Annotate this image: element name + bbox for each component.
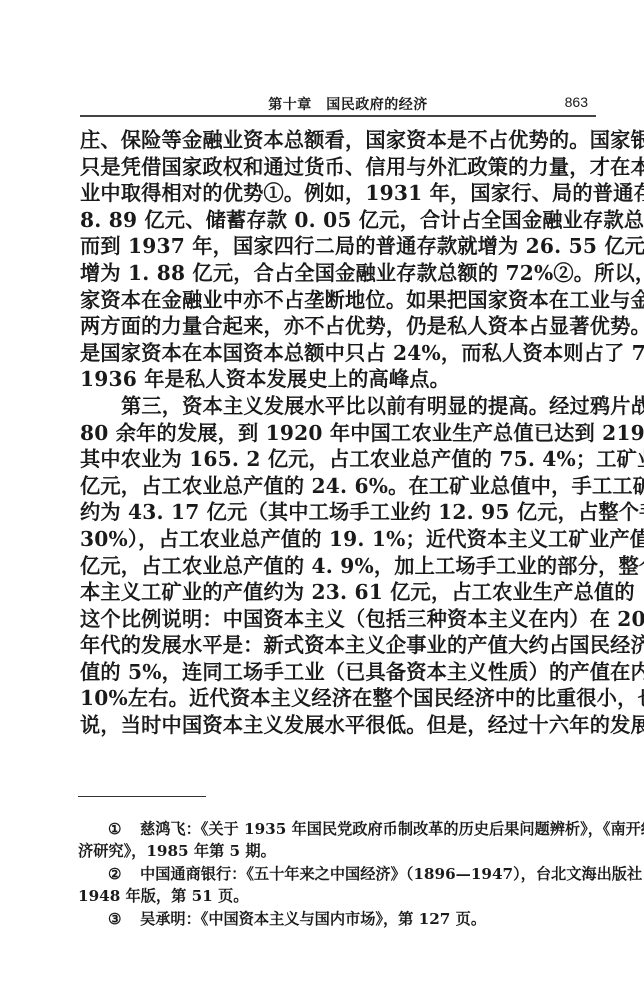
text-line: 两方面的力量合起来，亦不占优势，仍是私人资本占显著优势。其比例	[80, 313, 598, 340]
text-line: 10%左右。近代资本主义经济在整个国民经济中的比重很小，也就是	[80, 685, 598, 712]
text-line: 亿元，占工农业总产值的 4. 9%，加上工场手工业的部分，整个近代资	[80, 553, 598, 580]
running-title: 第十章 国民政府的经济	[80, 94, 596, 114]
text-line: 这个比例说明：中国资本主义（包括三种资本主义在内）在 20 世纪 20	[80, 606, 598, 633]
footnote-text: 中国通商银行：《五十年来之中国经济》（1896—1947），台北文海出版社	[140, 865, 642, 883]
text-line: 庄、保险等金融业资本总额看，国家资本是不占优势的。国家银行资本	[80, 127, 598, 154]
text-line: 是国家资本在本国资本总额中只占 24%，而私人资本则占了 76%。	[80, 340, 598, 367]
page-header: 第十章 国民政府的经济 863	[80, 94, 596, 116]
text-line: 年代的发展水平是：新式资本主义企事业的产值大约占国民经济总产	[80, 632, 598, 659]
text-line: 30%），占工农业总产值的 19. 1%；近代资本主义工矿业产值为 10. 68	[80, 526, 598, 553]
text-line: 只是凭借国家政权和通过货币、信用与外汇政策的力量，才在本国金融	[80, 154, 598, 181]
text-line: 1936 年是私人资本发展史上的高峰点。	[80, 366, 598, 393]
footnote-marker: ③	[108, 908, 140, 930]
paragraph-start-line: 第三，资本主义发展水平比以前有明显的提高。经过鸦片战争后	[80, 393, 598, 420]
text-line: 值的 5%，连同工场手工业（已具备资本主义性质）的产值在内，只有	[80, 659, 598, 686]
header-rule	[80, 115, 596, 117]
footnote-1: ①慈鸿飞：《关于 1935 年国民党政府币制改革的历史后果问题辨析》，《南开经	[78, 818, 598, 840]
text-line: 家资本在金融业中亦不占垄断地位。如果把国家资本在工业与金融业	[80, 287, 598, 314]
footnote-text: 吴承明：《中国资本主义与国内市场》，第 127 页。	[140, 910, 486, 928]
text-line: 80 余年的发展，到 1920 年中国工农业生产总值已达到 219. 03 亿元…	[80, 420, 598, 447]
footnote-marker: ②	[108, 863, 140, 885]
footnote-3: ③吴承明：《中国资本主义与国内市场》，第 127 页。	[78, 908, 598, 930]
footnote-marker: ①	[108, 818, 140, 840]
text-line: 亿元，占工农业总产值的 24. 6%。在工矿业总值中，手工工矿业产值	[80, 473, 598, 500]
text-line: 约为 43. 17 亿元（其中工场手工业约 12. 95 亿元，占整个手工业产值…	[80, 499, 598, 526]
text-line: 8. 89 亿元、储蓄存款 0. 05 亿元，合计占全国金融业存款总额的 42%…	[80, 207, 598, 234]
footnote-2: ②中国通商银行：《五十年来之中国经济》（1896—1947），台北文海出版社	[78, 863, 598, 885]
text-line: 本主义工矿业的产值约为 23. 61 亿元，占工农业生产总值的 10. 8%③。	[80, 579, 598, 606]
text-line: 增为 1. 88 亿元，合占全国金融业存款总额的 72%②。所以，抗战前国	[80, 260, 598, 287]
footnotes: ①慈鸿飞：《关于 1935 年国民党政府币制改革的历史后果问题辨析》，《南开经 …	[78, 818, 598, 930]
body-text: 庄、保险等金融业资本总额看，国家资本是不占优势的。国家银行资本 只是凭借国家政权…	[80, 127, 598, 739]
text-line: 而到 1937 年，国家四行二局的普通存款就增为 26. 55 亿元，储蓄存款	[80, 233, 598, 260]
page-number: 863	[565, 94, 588, 110]
text-line: 说，当时中国资本主义发展水平很低。但是，经过十六年的发展之后，	[80, 712, 598, 739]
footnote-2-continuation: 1948 年版，第 51 页。	[78, 885, 598, 907]
footnote-text: 慈鸿飞：《关于 1935 年国民党政府币制改革的历史后果问题辨析》，《南开经	[140, 820, 644, 838]
text-line: 业中取得相对的优势①。例如，1931 年，国家行、局的普通存款只有	[80, 180, 598, 207]
footnote-separator	[78, 796, 206, 797]
footnote-1-continuation: 济研究》，1985 年第 5 期。	[78, 840, 598, 862]
text-line: 其中农业为 165. 2 亿元，占工农业总产值的 75. 4%；工矿业为 53.…	[80, 446, 598, 473]
